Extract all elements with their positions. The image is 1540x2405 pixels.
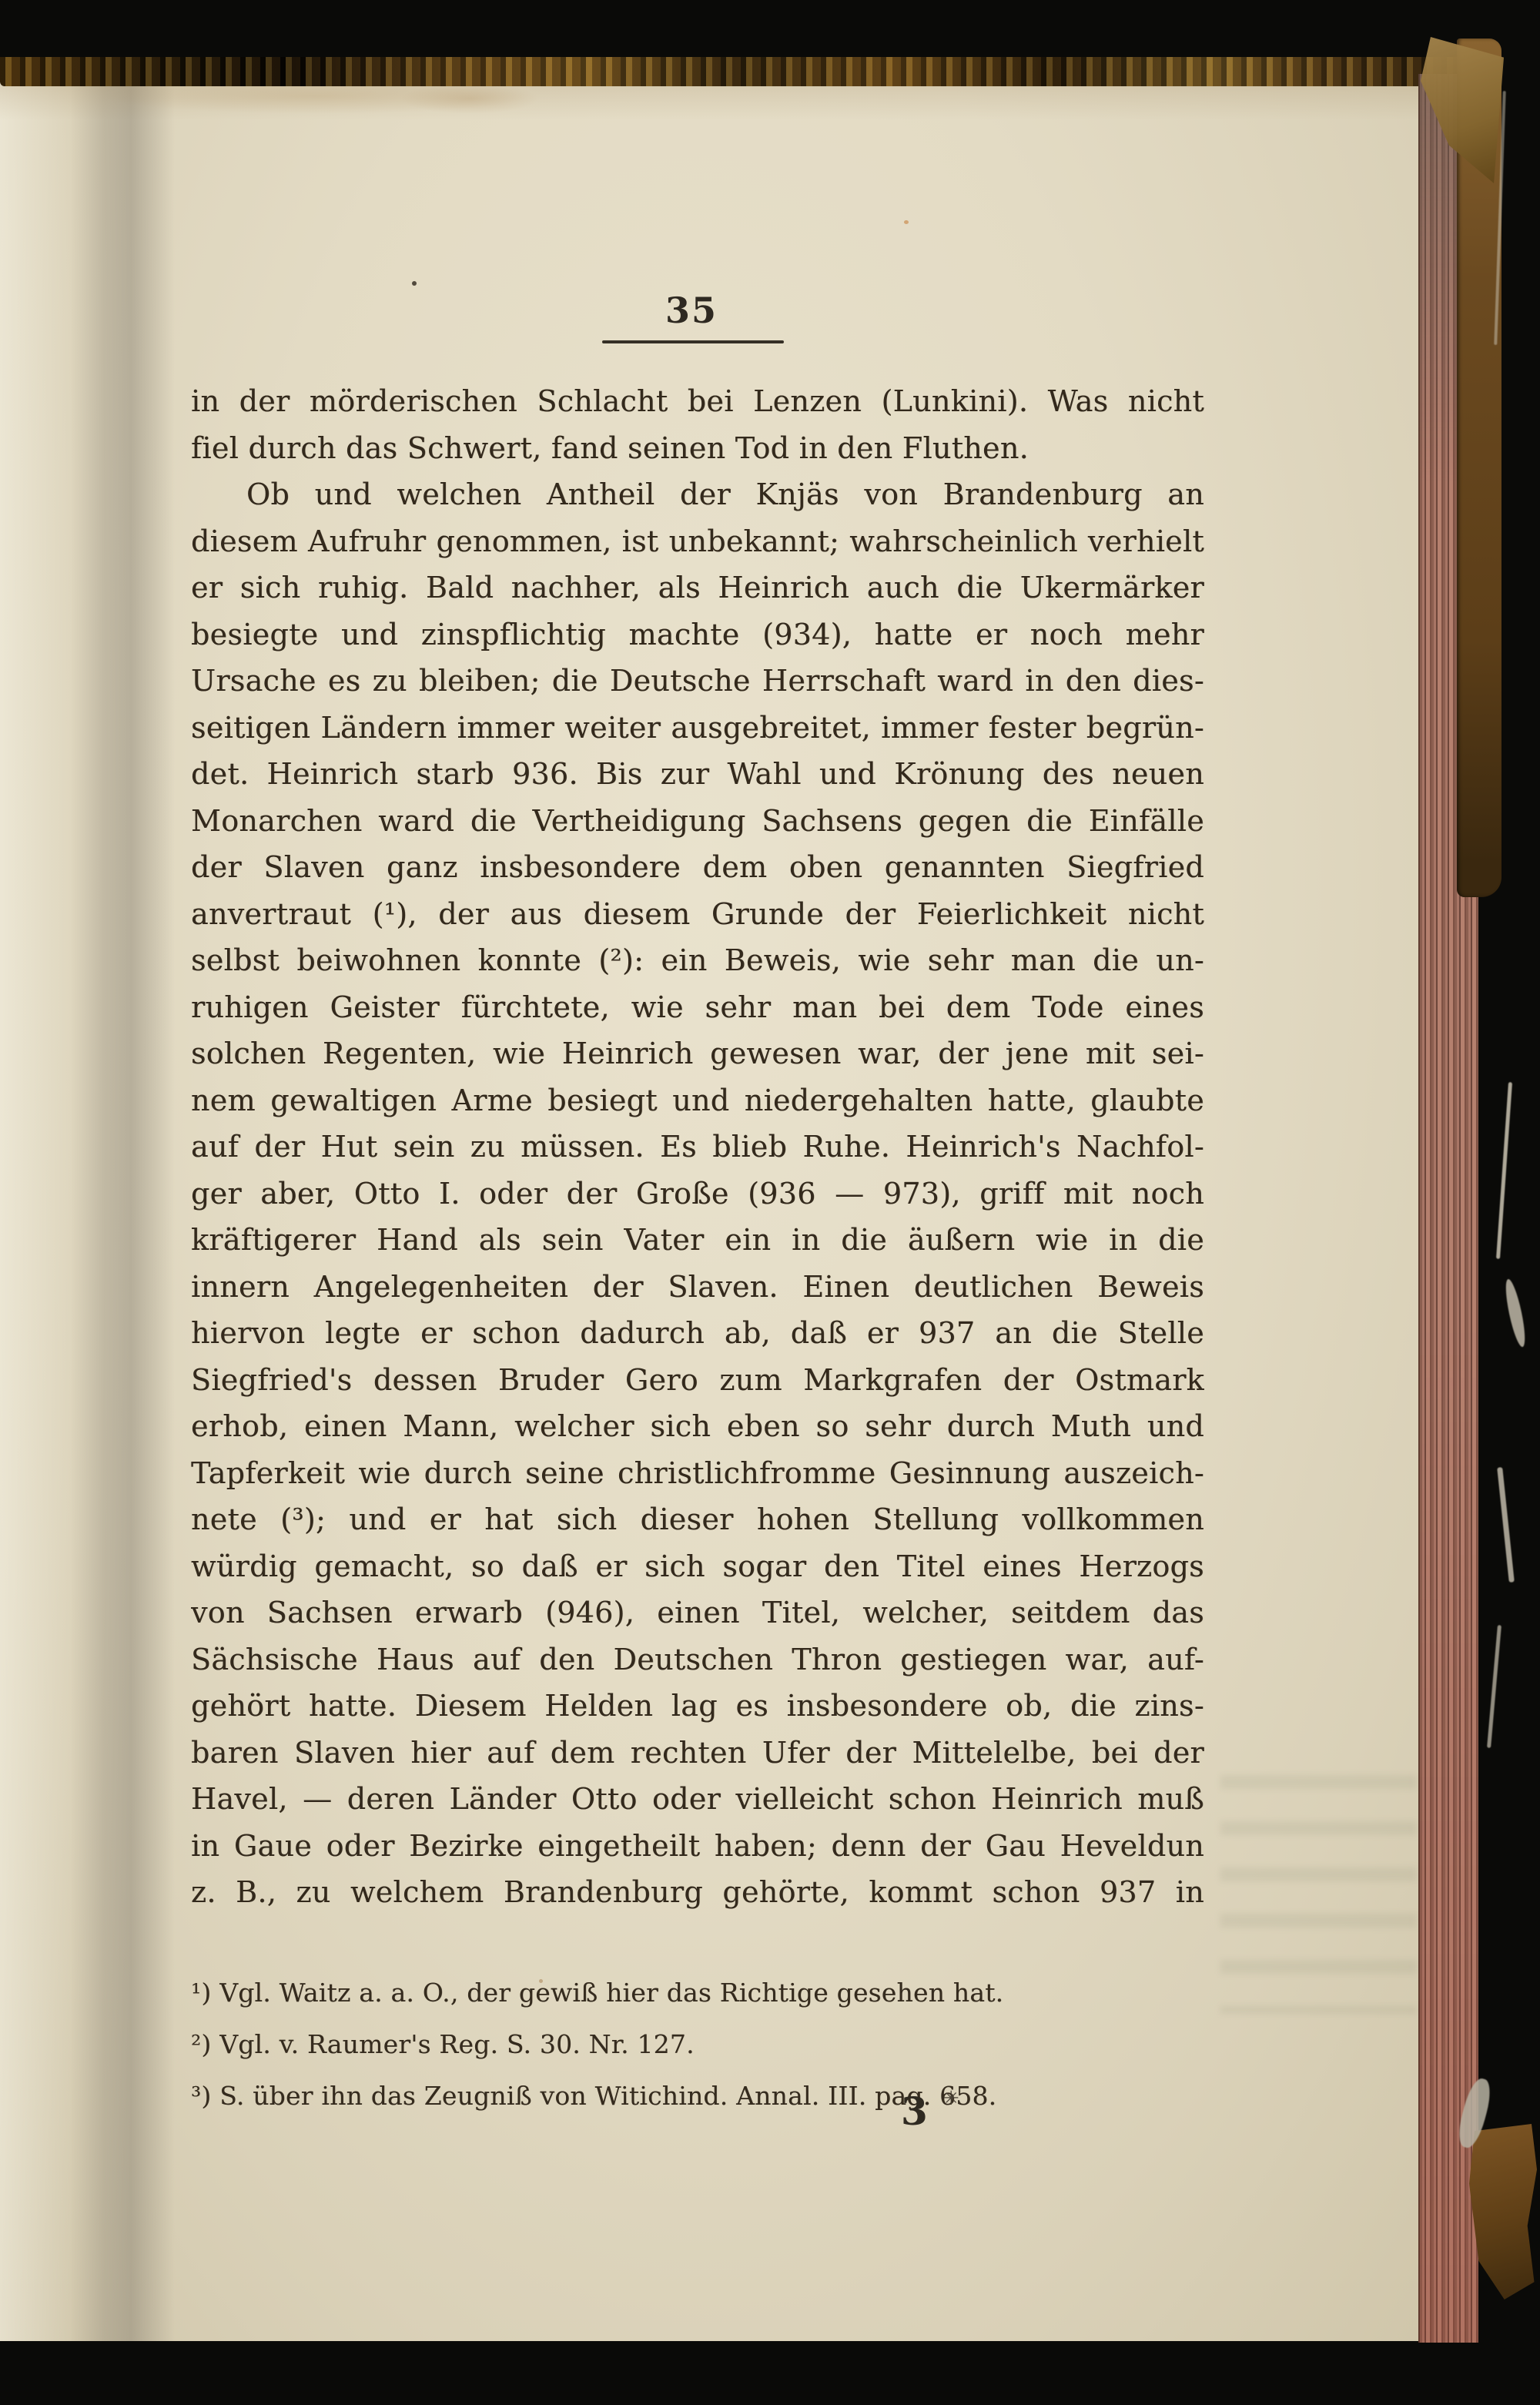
body-line: nete (³); und er hat sich dieser hohen S… xyxy=(191,1496,1204,1543)
body-line: Havel, — deren Länder Otto oder vielleic… xyxy=(191,1776,1204,1823)
book-top-edge-band xyxy=(0,57,1465,86)
body-line: ruhigen Geister fürchtete, wie sehr man … xyxy=(191,984,1204,1031)
book-page-photo: 35 in der mörderischen Schlacht bei Lenz… xyxy=(0,0,1540,2405)
body-line: fiel durch das Schwert, fand seinen Tod … xyxy=(191,425,1204,472)
ink-show-through xyxy=(1220,1775,1417,2014)
body-line: würdig gemacht, so daß er sich sogar den… xyxy=(191,1543,1204,1590)
footnotes: ¹) Vgl. Waitz a. a. O., der gewiß hier d… xyxy=(191,1967,1215,2122)
body-line: er sich ruhig. Bald nachher, als Heinric… xyxy=(191,564,1204,611)
body-line: auf der Hut sein zu müssen. Es blieb Ruh… xyxy=(191,1124,1204,1171)
body-line: der Slaven ganz insbesondere dem oben ge… xyxy=(191,844,1204,891)
body-line: innern Angelegenheiten der Slaven. Einen… xyxy=(191,1264,1204,1311)
edge-scratch xyxy=(1497,1467,1515,1583)
body-line: Tapferkeit wie durch seine christlichfro… xyxy=(191,1450,1204,1497)
body-line: erhob, einen Mann, welcher sich eben so … xyxy=(191,1403,1204,1450)
body-line: baren Slaven hier auf dem rechten Ufer d… xyxy=(191,1730,1204,1777)
body-line: besiegte und zinspflichtig machte (934),… xyxy=(191,611,1204,658)
edge-scratch xyxy=(1496,1082,1512,1259)
paper-speck xyxy=(904,220,909,224)
body-line: Ursache es zu bleiben; die Deutsche Herr… xyxy=(191,658,1204,705)
edge-scratch xyxy=(1487,1625,1501,1748)
footnote: ¹) Vgl. Waitz a. a. O., der gewiß hier d… xyxy=(191,1967,1215,2018)
body-line: z. B., zu welchem Brandenburg gehörte, k… xyxy=(191,1869,1204,1916)
page-number: 35 xyxy=(614,290,768,331)
body-line: solchen Regenten, wie Heinrich gewesen w… xyxy=(191,1030,1204,1077)
edge-scratch xyxy=(1502,1278,1528,1348)
body-line: kräftigerer Hand als sein Vater ein in d… xyxy=(191,1217,1204,1264)
body-line: nem gewaltigen Arme besiegt und niederge… xyxy=(191,1077,1204,1124)
signature-mark: 3✳ xyxy=(901,2087,959,2134)
body-line: Siegfried's dessen Bruder Gero zum Markg… xyxy=(191,1357,1204,1404)
footnote: ³) S. über ihn das Zeugniß von Witichind… xyxy=(191,2070,1215,2122)
top-edge-shade xyxy=(0,85,1458,120)
body-line: ger aber, Otto I. oder der Große (936 — … xyxy=(191,1171,1204,1218)
body-line: von Sachsen erwarb (946), einen Titel, w… xyxy=(191,1589,1204,1636)
paper-speck xyxy=(412,281,417,286)
book-page: 35 in der mörderischen Schlacht bei Lenz… xyxy=(0,62,1458,2341)
body-line: selbst beiwohnen konnte (²): ein Beweis,… xyxy=(191,937,1204,984)
body-line: det. Heinrich starb 936. Bis zur Wahl un… xyxy=(191,751,1204,798)
leather-cover-edge-bottom xyxy=(1469,2124,1537,2299)
signature-number: 3 xyxy=(901,2088,928,2134)
body-line: Sächsische Haus auf den Deutschen Thron … xyxy=(191,1636,1204,1683)
body-line: Monarchen ward die Vertheidigung Sachsen… xyxy=(191,798,1204,845)
body-text: in der mörderischen Schlacht bei Lenzen … xyxy=(191,378,1204,1916)
body-line: in Gaue oder Bezirke eingetheilt haben; … xyxy=(191,1823,1204,1870)
footnote: ²) Vgl. v. Raumer's Reg. S. 30. Nr. 127. xyxy=(191,2018,1215,2070)
gutter-highlight xyxy=(0,62,73,2341)
asterisk-icon: ✳ xyxy=(943,2087,959,2109)
body-line: diesem Aufruhr genommen, ist unbekannt; … xyxy=(191,518,1204,565)
gutter-shadow xyxy=(71,62,175,2341)
body-line: Ob und welchen Antheil der Knjäs von Bra… xyxy=(191,471,1204,518)
body-line: in der mörderischen Schlacht bei Lenzen … xyxy=(191,378,1204,425)
body-line: anvertraut (¹), der aus diesem Grunde de… xyxy=(191,891,1204,938)
body-line: seitigen Ländern immer weiter ausgebreit… xyxy=(191,705,1204,752)
body-line: gehört hatte. Diesem Helden lag es insbe… xyxy=(191,1683,1204,1730)
page-number-rule xyxy=(602,340,784,343)
body-line: hiervon legte er schon dadurch ab, daß e… xyxy=(191,1310,1204,1357)
